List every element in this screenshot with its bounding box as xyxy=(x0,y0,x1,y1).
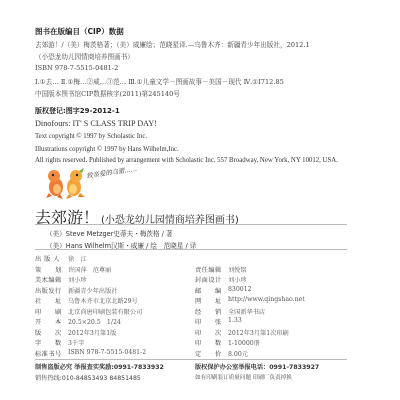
authors-divider xyxy=(35,249,347,250)
copyright-office-hotline: 版权保护办公室举报电话：0991-7833927 xyxy=(195,362,319,371)
dinosaurs-icon xyxy=(44,167,88,201)
info-row-isbn: 标准书号ISBN 978-7-5515-0481-2 xyxy=(35,349,146,358)
info-row-website: 网 址http://www.qingshao.net xyxy=(195,296,305,305)
info-row-postcode: 邮 编830012 xyxy=(195,286,252,295)
cip-heading: 图书在版编目（CIP）数据 xyxy=(35,26,124,37)
info-row-printing: 印 次2012年3月第1次印刷 xyxy=(195,328,289,337)
info-row-publisher: 出版发行新疆青少年出版社 xyxy=(35,286,118,295)
cip-line: ISBN 978-7-5515-0481-2 xyxy=(35,64,118,72)
cip-line: Ⅰ.①去… Ⅱ.①梅…②威…③范… Ⅲ.①儿童文学－图画故事－美国－现代 Ⅳ.①… xyxy=(35,76,284,86)
info-row-publisher-person: 出 版 人徐 江 xyxy=(35,254,87,263)
footer-divider xyxy=(35,359,347,360)
info-row-art-editor: 美术编辑刘小珍 xyxy=(35,275,87,284)
info-row-price: 定 价8.00元 xyxy=(195,349,248,358)
info-row-print-run: 印 数1-10000册 xyxy=(195,338,260,347)
copyright-registration: 版权登记:图字29-2012-1 xyxy=(35,106,120,116)
cip-line: （小恐龙幼儿园情商培养图画书） xyxy=(35,51,134,61)
info-row-word-count: 字 数3千字 xyxy=(35,338,84,347)
info-row-printer: 印 刷北京尚唐印刷包装有限公司 xyxy=(35,307,142,316)
rights-statement: All rights reserved. Published by arrang… xyxy=(35,157,338,164)
info-row-format: 开 本20.5×20.5 1/24 xyxy=(35,317,121,326)
dinosaur-illustration xyxy=(44,167,88,201)
quality-note: 如有印刷装订质量问题 印刷厂负责掉换 xyxy=(195,373,292,381)
title-divider xyxy=(35,224,347,225)
info-row-address: 社 址乌鲁木齐市北京北路29号 xyxy=(35,296,138,305)
cip-line: 去郊游！/（美）梅茨格著；（美）威廉绘；范晓星译.—乌鲁木齐：新疆青少年出版社，… xyxy=(35,39,310,49)
info-row-planning: 策 划许国萍 范尊丽 xyxy=(35,265,111,274)
info-row-editor: 责任编辑刘悦铭 xyxy=(195,265,247,274)
text-copyright: Text copyright © 1997 by Scholastic Inc. xyxy=(35,133,147,140)
info-row-distributor: 经 销全国新华书店 xyxy=(195,307,265,316)
original-title: Dinofours: IT' S CLASS TRIP DAY! xyxy=(35,119,157,128)
info-row-edition: 版 次2012年3月第1版 xyxy=(35,328,116,337)
info-row-sheets: 印 张1.33 xyxy=(195,317,242,326)
cip-line: 中国版本图书馆CIP数据核字(2011)第245140号 xyxy=(35,88,180,98)
author-line: （美）Steve Metzger史蒂夫・梅茨格 / 著 xyxy=(46,228,173,238)
dedication-text: 致亲爱的乌蕾…… xyxy=(86,164,138,180)
sales-hotline: 销售热线:010-84853493 84851485 xyxy=(35,373,141,382)
info-row-cover-design: 封面设计刘小珍 xyxy=(195,275,247,284)
illustrations-copyright: Illustrations copyright © 1997 by Hans W… xyxy=(35,146,179,153)
piracy-hotline: 制售盗版必究 举报查实奖励:0991-7833932 xyxy=(35,362,164,371)
